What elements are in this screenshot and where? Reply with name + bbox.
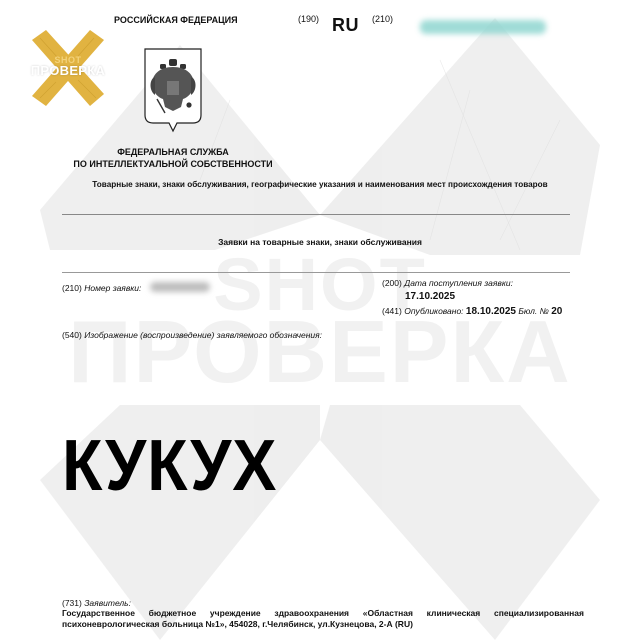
russian-coat-of-arms-icon	[143, 47, 203, 133]
divider	[62, 214, 570, 215]
inid-code-210: (210)	[62, 283, 82, 293]
application-number-label: Номер заявки:	[84, 283, 141, 293]
bulletin-number: 20	[551, 306, 562, 317]
trademark-document: SHOT ПРОВЕРКА РОССИЙСКАЯ ФЕДЕРАЦИЯ (190)…	[0, 0, 640, 640]
inid-code-731: (731)	[62, 598, 82, 608]
bulletin-label: Бюл. №	[518, 306, 548, 316]
section-title: Заявки на товарные знаки, знаки обслужив…	[0, 237, 640, 247]
country-name: РОССИЙСКАЯ ФЕДЕРАЦИЯ	[114, 15, 238, 25]
applicant-details: Государственное бюджетное учреждение здр…	[62, 608, 584, 630]
filing-date-label: Дата поступления заявки:	[404, 278, 513, 288]
applicant-label: Заявитель:	[84, 598, 131, 608]
application-number-field: (210) Номер заявки:	[62, 283, 141, 293]
agency-name: ФЕДЕРАЛЬНАЯ СЛУЖБА ПО ИНТЕЛЛЕКТУАЛЬНОЙ С…	[40, 146, 306, 170]
published-date-value: 18.10.2025	[466, 306, 516, 317]
mark-image-field: (540) Изображение (воспроизведение) заяв…	[62, 330, 322, 340]
redacted-application-number-value	[150, 282, 210, 292]
trademark-word-mark: КУКУХ	[62, 426, 277, 506]
filing-date-value: 17.10.2025	[405, 291, 455, 302]
mark-image-label: Изображение (воспроизведение) заявляемог…	[84, 330, 322, 340]
inid-code-540: (540)	[62, 330, 82, 340]
registry-subtitle: Товарные знаки, знаки обслуживания, геог…	[0, 180, 640, 189]
redacted-application-number	[420, 20, 546, 34]
inid-code-190: (190)	[298, 14, 319, 24]
agency-line-1: ФЕДЕРАЛЬНАЯ СЛУЖБА	[40, 146, 306, 158]
inid-code-441: (441)	[382, 306, 402, 316]
divider	[62, 272, 570, 273]
agency-line-2: ПО ИНТЕЛЛЕКТУАЛЬНОЙ СОБСТВЕННОСТИ	[40, 158, 306, 170]
published-label: Опубликовано:	[404, 306, 463, 316]
applicant-field: (731) Заявитель:	[62, 598, 131, 608]
filing-date-field: (200) Дата поступления заявки:	[382, 278, 513, 288]
inid-code-210-header: (210)	[372, 14, 393, 24]
inid-code-200: (200)	[382, 278, 402, 288]
country-code: RU	[332, 15, 359, 36]
shot-proverka-logo: SHOT ПРОВЕРКА	[28, 28, 108, 108]
publication-field: (441) Опубликовано: 18.10.2025 Бюл. № 20	[382, 306, 562, 317]
logo-proverka-text: ПРОВЕРКА	[22, 63, 114, 78]
